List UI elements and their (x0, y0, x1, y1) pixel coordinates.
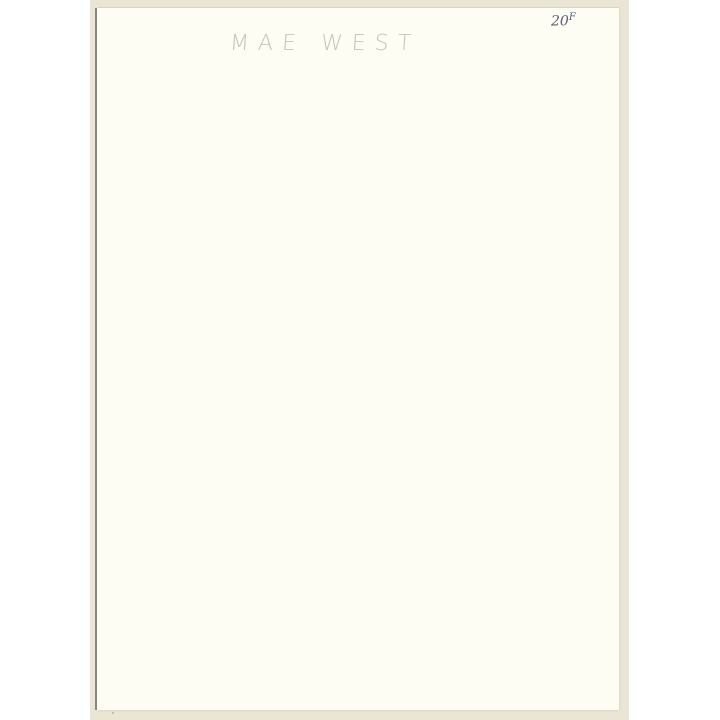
ink-note: 20F (551, 12, 576, 30)
pencil-inscription: MAE WEST (229, 31, 421, 56)
speck (112, 712, 114, 714)
photo-back-card (97, 8, 619, 710)
ink-note-number: 20 (551, 14, 569, 30)
ink-note-letter: F (569, 12, 576, 23)
